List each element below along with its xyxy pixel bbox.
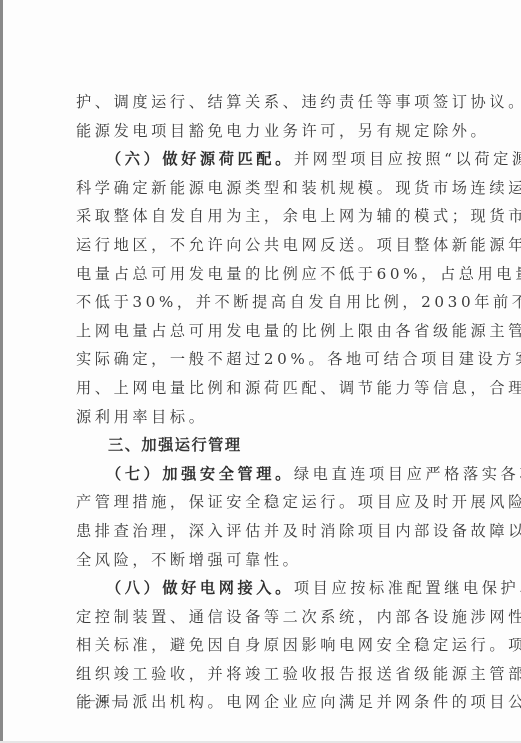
text-line: 用、上网电量比例和源荷匹配、调节能力等信息，合理设置新能: [76, 374, 460, 403]
paragraph-text: 并网型项目应按照“以荷定源”原则: [294, 150, 521, 168]
scan-left-edge: [0, 0, 3, 743]
text-line: 相关标准，避免因自身原因影响电网安全稳定运行。项目应及时: [76, 631, 460, 660]
paragraph-six-title: （六）做好源荷匹配。: [106, 150, 294, 168]
text-line: 产管理措施，保证安全稳定运行。项目应及时开展风险管控及隐: [76, 488, 460, 517]
text-line: 组织竣工验收，并将竣工验收报告报送省级能源主管部门和国家: [76, 660, 460, 689]
text-line: 不低于30%，并不断提高自发自用比例，2030年前不低于35%。: [76, 288, 460, 317]
paragraph-eight-title: （八）做好电网接入。: [106, 579, 294, 597]
text-line: 科学确定新能源电源类型和装机规模。现货市场连续运行地区可: [76, 174, 460, 203]
text-line: 运行地区，不允许向公共电网反送。项目整体新能源年自发自用: [76, 231, 460, 260]
section-heading: 三、加强运行管理: [76, 431, 460, 460]
paragraph-eight-start: （八）做好电网接入。项目应按标准配置继电保护、安全稳: [76, 574, 460, 603]
paragraph-seven-start: （七）加强安全管理。绿电直连项目应严格落实各项安全生: [76, 460, 460, 489]
text-line: 能源发电项目豁免电力业务许可，另有规定除外。: [76, 117, 460, 146]
paragraph-text: 绿电直连项目应严格落实各项安全生: [294, 465, 521, 483]
text-line: 能源局派出机构。电网企业应向满足并网条件的项目公平无歧视: [76, 688, 460, 717]
text-line: 定控制装置、通信设备等二次系统，内部各设施涉网性能应满足: [76, 603, 460, 632]
document-page: 护、调度运行、结算关系、违约责任等事项签订协议。项目中新 能源发电项目豁免电力业…: [76, 88, 460, 717]
paragraph-seven-title: （七）加强安全管理。: [106, 465, 294, 483]
text-line: 电量占总可用发电量的比例应不低于60%，占总用电量的比例应: [76, 260, 460, 289]
text-line: 护、调度运行、结算关系、违约责任等事项签订协议。项目中新: [76, 88, 460, 117]
page-number: — 4 —: [82, 692, 126, 708]
text-line: 实际确定，一般不超过20%。各地可结合项目建设方案中自发自: [76, 345, 460, 374]
text-line: 全风险，不断增强可靠性。: [76, 546, 460, 575]
text-line: 上网电量占总可用发电量的比例上限由各省级能源主管部门结合: [76, 317, 460, 346]
text-line: 患排查治理，深入评估并及时消除项目内部设备故障以及各类安: [76, 517, 460, 546]
text-line: 源利用率目标。: [76, 403, 460, 432]
paragraph-six-start: （六）做好源荷匹配。并网型项目应按照“以荷定源”原则: [76, 145, 460, 174]
text-line: 采取整体自发自用为主，余电上网为辅的模式；现货市场未连续: [76, 202, 460, 231]
paragraph-text: 项目应按标准配置继电保护、安全稳: [294, 579, 521, 597]
